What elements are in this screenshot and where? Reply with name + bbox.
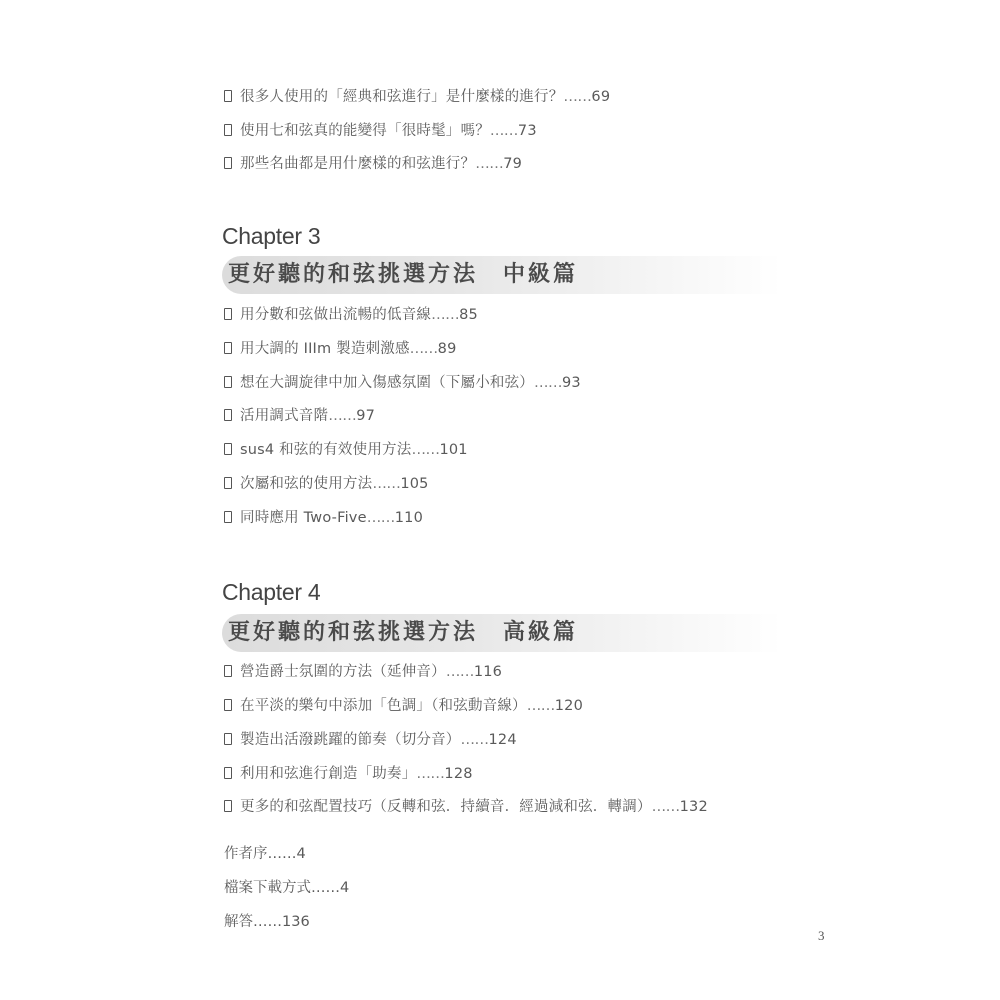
- toc-entry[interactable]: 使用七和弦真的能變得「很時髦」嗎？……73: [224, 119, 537, 143]
- dot-leader: ……: [372, 476, 400, 492]
- entry-title: 用大調的 IIIm 製造刺激感: [240, 341, 410, 357]
- checkbox-bullet-icon: [224, 733, 232, 745]
- toc-entry[interactable]: sus4 和弦的有效使用方法……101: [224, 438, 468, 462]
- entry-page: 116: [474, 664, 502, 680]
- entry-page: 4: [297, 846, 306, 862]
- entry-page: 93: [562, 375, 581, 391]
- entry-title: 營造爵士氛圍的方法（延伸音）: [240, 664, 446, 680]
- entry-title: 利用和弦進行創造「助奏」: [240, 766, 416, 782]
- checkbox-bullet-icon: [224, 90, 232, 102]
- entry-title: 檔案下載方式: [224, 880, 311, 896]
- entry-title: 很多人使用的「經典和弦進行」是什麼樣的進行？: [240, 89, 563, 105]
- entry-title: 更多的和弦配置技巧（反轉和弦．持續音．經過減和弦．轉調）: [240, 799, 652, 815]
- dot-leader: ……: [411, 442, 439, 458]
- checkbox-bullet-icon: [224, 157, 232, 169]
- entry-title: 想在大調旋律中加入傷感氛圍（下屬小和弦）: [240, 375, 534, 391]
- entry-title: 使用七和弦真的能變得「很時髦」嗎？: [240, 123, 490, 139]
- entry-title: 解答: [224, 914, 253, 930]
- dot-leader: ……: [446, 664, 474, 680]
- entry-page: 73: [518, 123, 537, 139]
- entry-page: 101: [439, 442, 467, 458]
- entry-title: 同時應用 Two-Five: [240, 510, 367, 526]
- toc-entry[interactable]: 在平淡的樂句中添加「色調」（和弦動音線）……120: [224, 694, 583, 718]
- entry-title: 製造出活潑跳躍的節奏（切分音）: [240, 732, 461, 748]
- toc-entry[interactable]: 想在大調旋律中加入傷感氛圍（下屬小和弦）……93: [224, 371, 581, 395]
- entry-page: 69: [591, 89, 610, 105]
- entry-page: 132: [680, 799, 708, 815]
- dot-leader: ……: [461, 732, 489, 748]
- toc-entry[interactable]: 營造爵士氛圍的方法（延伸音）……116: [224, 660, 502, 684]
- entry-page: 4: [340, 880, 349, 896]
- toc-entry[interactable]: 用大調的 IIIm 製造刺激感……89: [224, 337, 457, 361]
- dot-leader: ……: [311, 880, 340, 896]
- checkbox-bullet-icon: [224, 124, 232, 136]
- checkbox-bullet-icon: [224, 800, 232, 812]
- dot-leader: ……: [367, 510, 395, 526]
- entry-title: 那些名曲都是用什麼樣的和弦進行？: [240, 156, 475, 172]
- chapter-3-title: 更好聽的和弦挑選方法 中級篇: [228, 256, 578, 294]
- dot-leader: ……: [268, 846, 297, 862]
- entry-title: 活用調式音階: [240, 408, 328, 424]
- entry-page: 85: [459, 307, 478, 323]
- toc-entry[interactable]: 製造出活潑跳躍的節奏（切分音）……124: [224, 728, 517, 752]
- entry-title: sus4 和弦的有效使用方法: [240, 442, 411, 458]
- dot-leader: ……: [563, 89, 591, 105]
- dot-leader: ……: [490, 123, 518, 139]
- checkbox-bullet-icon: [224, 511, 232, 523]
- dot-leader: ……: [328, 408, 356, 424]
- entry-title: 用分數和弦做出流暢的低音線: [240, 307, 431, 323]
- entry-title: 在平淡的樂句中添加「色調」（和弦動音線）: [240, 698, 527, 714]
- entry-page: 120: [555, 698, 583, 714]
- dot-leader: ……: [527, 698, 555, 714]
- checkbox-bullet-icon: [224, 477, 232, 489]
- toc-entry[interactable]: 更多的和弦配置技巧（反轉和弦．持續音．經過減和弦．轉調）……132: [224, 795, 708, 819]
- entry-page: 124: [489, 732, 517, 748]
- chapter-4-title: 更好聽的和弦挑選方法 高級篇: [228, 614, 578, 652]
- dot-leader: ……: [253, 914, 282, 930]
- toc-entry[interactable]: 很多人使用的「經典和弦進行」是什麼樣的進行？……69: [224, 85, 610, 109]
- page-number: 3: [818, 928, 825, 944]
- dot-leader: ……: [410, 341, 438, 357]
- entry-page: 128: [444, 766, 472, 782]
- toc-entry[interactable]: 那些名曲都是用什麼樣的和弦進行？……79: [224, 152, 522, 176]
- dot-leader: ……: [431, 307, 459, 323]
- checkbox-bullet-icon: [224, 665, 232, 677]
- toc-extra-entry[interactable]: 解答……136: [224, 910, 310, 934]
- checkbox-bullet-icon: [224, 699, 232, 711]
- entry-page: 89: [438, 341, 457, 357]
- checkbox-bullet-icon: [224, 409, 232, 421]
- chapter-4-label: Chapter 4: [222, 577, 320, 607]
- toc-entry[interactable]: 次屬和弦的使用方法……105: [224, 472, 429, 496]
- checkbox-bullet-icon: [224, 443, 232, 455]
- table-of-contents-page: 很多人使用的「經典和弦進行」是什麼樣的進行？……69 使用七和弦真的能變得「很時…: [0, 0, 1000, 1000]
- entry-page: 110: [395, 510, 423, 526]
- entry-title: 作者序: [224, 846, 268, 862]
- chapter-3-label: Chapter 3: [222, 221, 320, 251]
- dot-leader: ……: [652, 799, 680, 815]
- checkbox-bullet-icon: [224, 376, 232, 388]
- toc-extra-entry[interactable]: 檔案下載方式……4: [224, 876, 349, 900]
- entry-title: 次屬和弦的使用方法: [240, 476, 372, 492]
- checkbox-bullet-icon: [224, 342, 232, 354]
- toc-entry[interactable]: 利用和弦進行創造「助奏」……128: [224, 762, 473, 786]
- toc-entry[interactable]: 同時應用 Two-Five……110: [224, 506, 423, 530]
- toc-entry[interactable]: 活用調式音階……97: [224, 404, 375, 428]
- dot-leader: ……: [416, 766, 444, 782]
- toc-entry[interactable]: 用分數和弦做出流暢的低音線……85: [224, 303, 478, 327]
- entry-page: 105: [400, 476, 428, 492]
- checkbox-bullet-icon: [224, 767, 232, 779]
- checkbox-bullet-icon: [224, 308, 232, 320]
- entry-page: 79: [503, 156, 522, 172]
- entry-page: 97: [356, 408, 375, 424]
- toc-extra-entry[interactable]: 作者序……4: [224, 842, 306, 866]
- dot-leader: ……: [534, 375, 562, 391]
- dot-leader: ……: [475, 156, 503, 172]
- entry-page: 136: [282, 914, 310, 930]
